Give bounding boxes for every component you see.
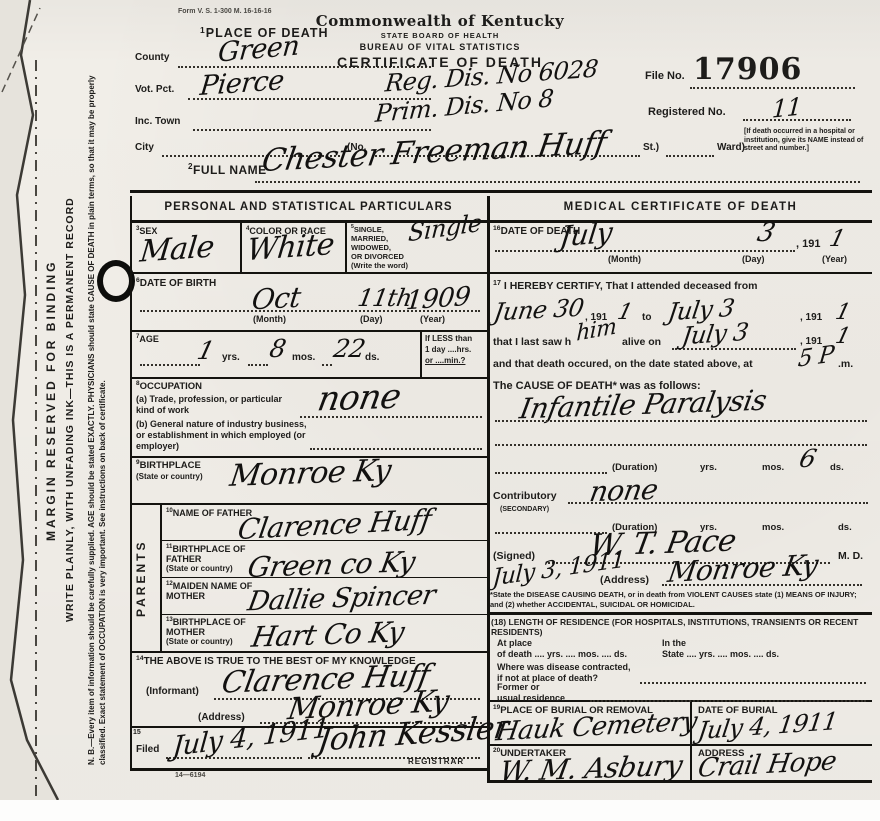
bureau-subtitle: BUREAU OF VITAL STATISTICS [295,42,585,52]
age-line-3 [322,364,332,366]
cause-footnote: *State the DISEASE CAUSING DEATH, or in … [490,590,870,609]
death-occurred-line: and that death occured, on the date stat… [493,358,753,370]
file-no-value: 17906 [693,52,802,87]
residence-label: (18) LENGTH OF RESIDENCE (FOR HOSPITALS,… [491,617,869,637]
birthplace-caption: (State or country) [136,472,203,481]
full-name-label: 2FULL NAME [188,163,267,177]
color-race-value: White [245,227,336,268]
left-column-bottom-line [130,768,487,771]
attended-to-label: to [642,312,651,323]
age-years-value: 1 [194,336,217,365]
dod-day-value: 3 [754,218,778,248]
city-line-3 [666,155,714,157]
dod-month-caption: (Month) [608,254,641,264]
line-under-dod-row [487,272,872,274]
attended-from-year-digit: 1 [615,300,635,325]
registered-no-value: 11 [771,92,802,123]
marital-status-label: 5SINGLE, MARRIED, WIDOWED, OR DIVORCED (… [351,225,408,270]
commonwealth-title: Commonwealth of Kentucky [295,12,585,30]
occupation-a-label: (a) Trade, profession, or particular kin… [136,394,298,416]
center-column-divider [487,196,490,780]
parents-vertical-label: PARENTS [134,530,148,626]
marital-status-value: Single [407,209,482,248]
last-saw-year-digit: 1 [833,324,853,349]
cause-duration-lead [495,472,607,474]
occupation-label: 8OCCUPATION [136,381,202,392]
death-time-value: 5 P [797,341,835,373]
county-label: County [135,52,169,63]
dod-line [495,250,795,252]
residence-at-place: At placeof death .... yrs. .... mos. ...… [497,638,687,660]
date-of-birth-label: 6DATE OF BIRTH [136,278,216,289]
secondary-duration-mos: mos. [762,522,784,533]
undertaker-value: W. M. Asbury [497,749,685,789]
age-days-value: 22 [331,334,367,363]
signed-address-value: Monroe Ky [665,548,820,589]
age-line-2 [248,364,268,366]
undertaker-address-value: Crail Hope [696,746,839,784]
residence-contracted: Where was disease contracted,if not at p… [497,662,737,684]
county-value: Green [217,30,301,68]
line-under-footnote [487,612,872,615]
attended-to-year-digit: 1 [833,300,853,325]
md-label: M. D. [838,550,863,562]
last-saw-date-value: July 3 [680,318,750,351]
city-st-label: St.) [643,142,659,153]
age-line-1 [140,364,200,366]
race-marital-divider [345,222,347,272]
inc-town-label: Inc. Town [135,116,180,127]
cause-line-1 [495,420,867,422]
contributory-value: none [587,473,660,509]
age-less-than-note: If LESS than 1 day ....hrs. or ....min.? [425,333,472,366]
certify-intro: 17 I HEREBY CERTIFY, That I attended dec… [493,280,757,292]
dob-year-caption: (Year) [420,314,445,324]
cause-duration-ds: ds. [830,462,844,473]
former-residence-line [590,700,866,702]
age-ds-unit: ds. [365,352,379,363]
hospital-note: [If death occurred in a hospital or inst… [744,128,868,154]
dod-year-stub: , 191 [796,238,820,250]
age-months-value: 8 [267,334,288,363]
informant-address-label: (Address) [198,712,245,723]
dod-day-caption: (Day) [742,254,765,264]
cause-duration-caption: (Duration) [612,462,657,473]
medical-section-title: MEDICAL CERTIFICATE OF DEATH [489,201,872,213]
registered-no-label: Registered No. [648,106,726,118]
death-time-suffix: .m. [838,358,853,370]
occupation-a-value: none [314,376,403,419]
cause-duration-yrs: yrs. [700,462,717,473]
secondary-duration-ds: ds. [838,522,852,533]
age-yrs-unit: yrs. [222,352,240,363]
file-no-label: File No. [645,70,685,82]
dob-month-value: Oct [250,281,302,317]
filed-date-value: July 4, 1911 [171,712,330,763]
margin-reserved-text: MARGIN RESERVED FOR BINDING [44,110,58,690]
sex-race-divider [240,222,242,272]
form-code: 14—6194 [175,772,205,779]
full-name-value: Chester Freeman Huff [259,125,608,179]
age-label: 7AGE [136,334,159,344]
father-birthplace-value: Green co Ky [245,545,417,584]
age-mos-unit: mos. [292,352,315,363]
dod-month-value: July [558,215,614,253]
line-under-dob-row [130,330,487,332]
city-label: City [135,142,154,153]
informant-label: (Informant) [146,686,199,697]
secondary-duration-lead [495,532,607,534]
dob-day-caption: (Day) [360,314,383,324]
registrar-label: REGISTRAR [408,757,464,766]
vot-pct-label: Vot. Pct. [135,84,174,95]
full-name-line [255,181,860,183]
header-divider-line [130,190,872,193]
left-form-border [130,196,132,770]
attended-from-value: June 30 [492,294,586,327]
filed-number: 15 [133,729,141,736]
file-no-line [690,87,855,89]
dob-year-value: 1909 [404,282,471,317]
filed-label: Filed [136,744,159,755]
mother-birthplace-value: Hart Co Ky [249,615,407,654]
occupation-b-line [310,448,482,450]
signed-address-label: (Address) [600,574,649,586]
birthplace-value: Monroe Ky [228,453,394,494]
line-under-age-row [130,377,487,379]
death-certificate-scan: MARGIN RESERVED FOR BINDING WRITE PLAINL… [0,0,880,800]
inc-town-line [193,129,431,131]
dod-year-digit: 1 [827,226,848,252]
cause-duration-mos: mos. [762,462,784,473]
last-saw-mid: alive on [622,336,661,348]
dob-month-caption: (Month) [253,314,286,324]
margin-write-plainly-text: WRITE PLAINLY, WITH UNFADING INK—THIS IS… [64,80,76,740]
personal-section-title: PERSONAL AND STATISTICAL PARTICULARS [130,201,487,213]
occupation-b-label: (b) General nature of industry business,… [136,419,308,452]
contributory-label: Contributory [493,490,557,502]
margin-nb-note-text: N. B.—Every item of information should b… [86,55,120,765]
line-under-birthplace-row [130,503,487,505]
vot-pct-value: Pierce [198,65,285,102]
dod-year-caption: (Year) [822,254,847,264]
secondary-caption: (SECONDARY) [500,506,549,513]
last-saw-him-value: him [576,314,617,347]
form-number: Form V. S. 1-300 M. 16-16-16 [178,8,272,15]
cause-duration-days-value: 6 [796,444,819,473]
contracted-line [640,682,866,684]
sex-value: Male [138,229,215,270]
age-subcell-divider [420,330,422,377]
city-ward-label: Ward) [717,142,745,153]
attended-to-year-stub: , 191 [800,312,822,323]
last-saw-prefix: that I last saw h [493,336,571,348]
mother-maiden-name-value: Dallie Spincer [245,580,437,618]
line-under-sex-row [130,272,487,274]
state-board-subtitle: STATE BOARD OF HEALTH [295,31,585,40]
residence-in-state: In theState .... yrs. .... mos. .... ds. [662,638,867,660]
birthplace-label: 9BIRTHPLACE [136,460,201,471]
